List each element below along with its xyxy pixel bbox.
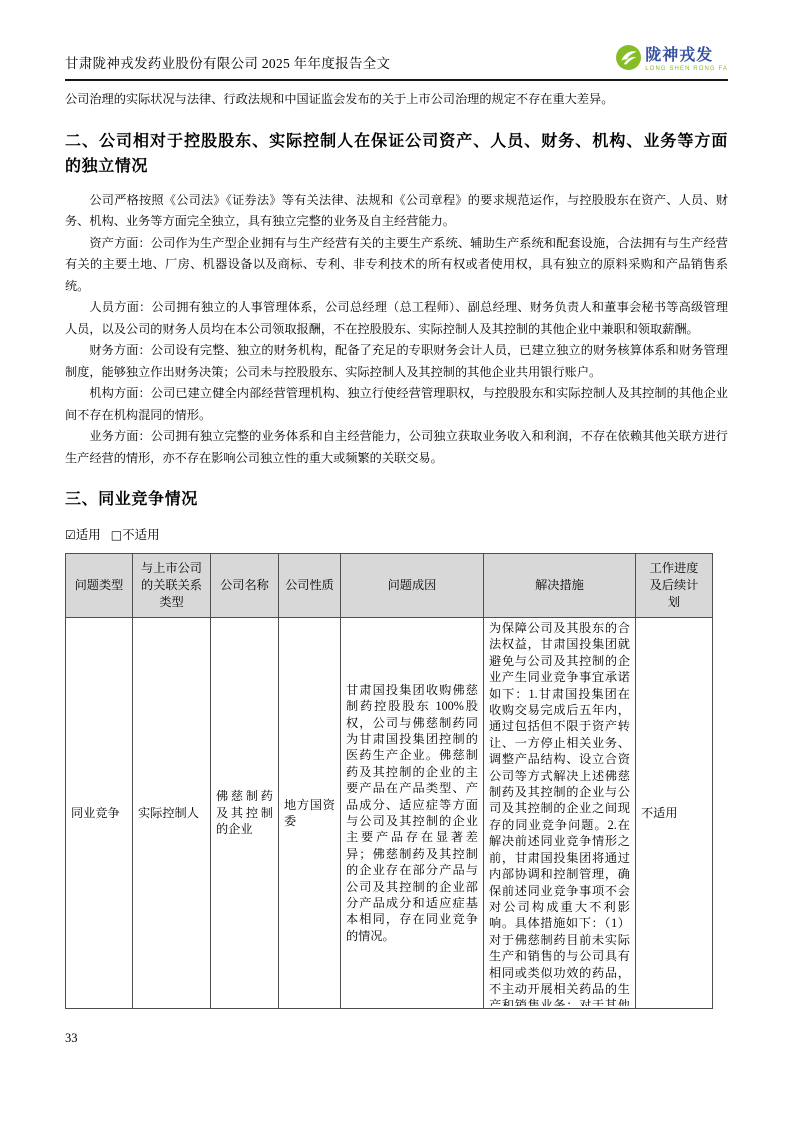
independence-paragraph-assets: 资产方面：公司作为生产型企业拥有与生产经营有关的主要生产系统、辅助生产系统和配套… — [65, 233, 728, 298]
cell-progress: 不适用 — [636, 618, 713, 1009]
cell-company-name: 佛慈制药及其控制的企业 — [211, 618, 279, 1009]
logo-wordmark: 陇神戎发 LONG SHEN RONG FA — [645, 48, 728, 72]
applicability-line: ☑适用□不适用 — [65, 525, 728, 543]
page-header: 甘肃陇神戎发药业股份有限公司 2025 年年度报告全文 陇神戎发 LONG SH… — [65, 52, 728, 81]
applicable-label: 适用 — [76, 528, 101, 542]
independence-paragraphs: 公司严格按照《公司法》《证券法》等有关法律、法规和《公司章程》的要求规范运作，与… — [65, 190, 728, 470]
col-header-cause: 问题成因 — [341, 554, 484, 618]
independence-paragraph-personnel: 人员方面：公司拥有独立的人事管理体系，公司总经理（总工程师）、副总经理、财务负责… — [65, 297, 728, 340]
col-header-problem-type: 问题类型 — [66, 554, 133, 618]
page-number: 33 — [65, 1031, 728, 1046]
col-header-company-name: 公司名称 — [211, 554, 279, 618]
independence-paragraph-business: 业务方面：公司拥有独立完整的业务体系和自主经营能力，公司独立获取业务收入和利润，… — [65, 426, 728, 469]
report-page: 甘肃陇神戎发药业股份有限公司 2025 年年度报告全文 陇神戎发 LONG SH… — [0, 0, 793, 1122]
col-header-company-nature: 公司性质 — [279, 554, 341, 618]
solution-text: 为保障公司及其股东的合法权益，甘肃国投集团就避免与公司及其控制的企业产生同业竞争… — [489, 620, 630, 1006]
section-heading-independence: 二、公司相对于控股股东、实际控制人在保证公司资产、人员、财务、机构、业务等方面的… — [65, 129, 728, 179]
cell-relation-type: 实际控制人 — [133, 618, 211, 1009]
independence-paragraph-general: 公司严格按照《公司法》《证券法》等有关法律、法规和《公司章程》的要求规范运作，与… — [65, 190, 728, 233]
applicable-option: ☑适用 — [65, 528, 101, 542]
cell-cause: 甘肃国投集团收购佛慈制药控股股东 100%股权，公司与佛慈制药同为甘肃国投集团控… — [341, 618, 484, 1009]
table-header-row: 问题类型 与上市公司的关联关系类型 公司名称 公司性质 问题成因 解决措施 工作… — [66, 554, 713, 618]
governance-summary-text: 公司治理的实际状况与法律、行政法规和中国证监会发布的关于上市公司治理的规定不存在… — [65, 89, 728, 111]
independence-paragraph-organization: 机构方面：公司已建立健全内部经营管理机构、独立行使经营管理职权，与控股股东和实际… — [65, 383, 728, 426]
checked-checkbox-icon: ☑ — [65, 528, 76, 542]
section-heading-competition: 三、同业竞争情况 — [65, 487, 728, 512]
competition-table: 问题类型 与上市公司的关联关系类型 公司名称 公司性质 问题成因 解决措施 工作… — [65, 553, 713, 1009]
table-row: 同业竞争 实际控制人 佛慈制药及其控制的企业 地方国资委 甘肃国投集团收购佛慈制… — [66, 618, 713, 1009]
cell-company-nature: 地方国资委 — [279, 618, 341, 1009]
col-header-relation-type: 与上市公司的关联关系类型 — [133, 554, 211, 618]
not-applicable-option: □不适用 — [111, 528, 160, 542]
not-applicable-label: 不适用 — [122, 528, 160, 542]
company-logo: 陇神戎发 LONG SHEN RONG FA — [616, 45, 728, 75]
logo-name-cn: 陇神戎发 — [645, 48, 728, 64]
col-header-solution: 解决措施 — [484, 554, 636, 618]
col-header-progress: 工作进度及后续计划 — [636, 554, 713, 618]
logo-bird-icon — [616, 45, 641, 75]
cell-solution: 为保障公司及其股东的合法权益，甘肃国投集团就避免与公司及其控制的企业产生同业竞争… — [484, 618, 636, 1009]
unchecked-checkbox-icon: □ — [111, 528, 122, 542]
cell-problem-type: 同业竞争 — [66, 618, 133, 1009]
independence-paragraph-finance: 财务方面：公司设有完整、独立的财务机构，配备了充足的专职财务会计人员，已建立独立… — [65, 340, 728, 383]
logo-name-en: LONG SHEN RONG FA — [645, 66, 728, 72]
